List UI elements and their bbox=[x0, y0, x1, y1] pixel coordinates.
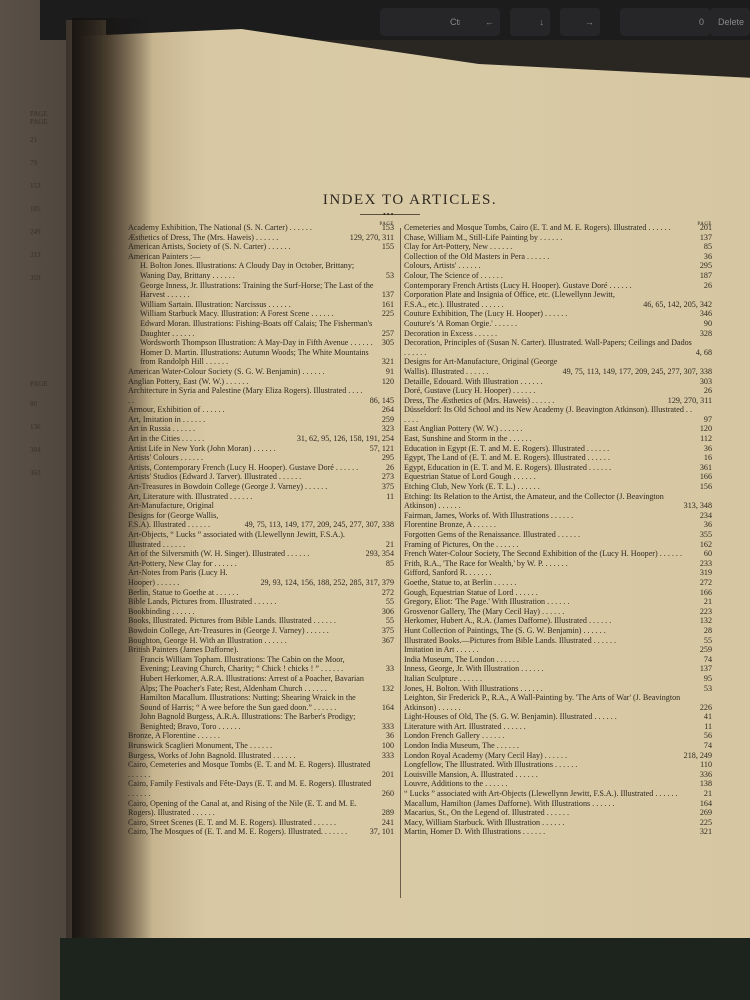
index-entry: Dress, The Æsthetics of (Mrs. Haweis) . … bbox=[404, 396, 712, 406]
entry-title: Hubert Herkomer, A.R.A. Illustrations: A… bbox=[128, 674, 374, 693]
entry-page-numbers: 21 bbox=[374, 540, 394, 550]
entry-page-numbers: 11 bbox=[692, 722, 712, 732]
index-entry: Frith, R.A., 'The Race for Wealth,' by W… bbox=[404, 559, 712, 569]
left-page-margin-numbers: PAGE PAGE2179153185249313359PAGE80136304… bbox=[0, 0, 60, 1000]
entry-title: American Artists, Society of (S. N. Cart… bbox=[128, 242, 374, 252]
entry-page-numbers: 36 bbox=[692, 252, 712, 262]
index-column-left: PAGE Academy Exhibition, The National (S… bbox=[128, 220, 394, 837]
entry-page-numbers: 289 bbox=[374, 808, 394, 818]
index-entry: Forgotten Gems of the Renaissance. Illus… bbox=[404, 530, 712, 540]
entry-title: Forgotten Gems of the Renaissance. Illus… bbox=[404, 530, 692, 540]
margin-page-number: 79 bbox=[30, 159, 37, 167]
entry-page-numbers: 41 bbox=[692, 712, 712, 722]
keyboard-key: ↓ bbox=[510, 8, 550, 36]
index-entry: Inness, George, Jr. With Illustration . … bbox=[404, 664, 712, 674]
index-entry: East Anglian Pottery (W. W.) . . . . . .… bbox=[404, 424, 712, 434]
entry-title: Etching: Its Relation to the Artist, the… bbox=[404, 492, 680, 511]
margin-page-number: 185 bbox=[30, 205, 41, 213]
index-entry: Artist Life in New York (John Moran) . .… bbox=[128, 444, 394, 454]
keyboard-key: 0 bbox=[620, 8, 710, 36]
entry-page-numbers: 91 bbox=[374, 367, 394, 377]
entry-title: Longfellow, The Illustrated. With Illust… bbox=[404, 760, 692, 770]
entry-title: British Painters (James Dafforne). bbox=[128, 645, 374, 655]
entry-title: John Bagnold Burgess, A.R.A. Illustratio… bbox=[128, 712, 374, 731]
entry-title: Illustrated Books.—Pictures from Bible L… bbox=[404, 636, 692, 646]
entry-title: Books, Illustrated. Pictures from Bible … bbox=[128, 616, 374, 626]
index-entry: American Painters :— bbox=[128, 252, 394, 262]
entry-page-numbers: 272 bbox=[692, 578, 712, 588]
entry-page-numbers: 36 bbox=[374, 731, 394, 741]
entry-title: Artists' Studios (Edward J. Tarver). Ill… bbox=[128, 472, 374, 482]
index-entry: Macy, William Starbuck. With Illustratio… bbox=[404, 818, 712, 828]
entry-title: Education in Egypt (E. T. and M. E. Roge… bbox=[404, 444, 692, 454]
entry-page-numbers: 218, 249 bbox=[680, 751, 712, 761]
entry-page-numbers: 166 bbox=[692, 472, 712, 482]
entry-title: Leighton, Sir Frederick P., R.A., A Wall… bbox=[404, 693, 692, 712]
entry-title: London French Gallery . . . . . . bbox=[404, 731, 692, 741]
index-entry: Florentine Bronze, A . . . . . .36 bbox=[404, 520, 712, 530]
entry-page-numbers: 31, 62, 95, 126, 158, 191, 254 bbox=[293, 434, 394, 444]
index-entry: “ Lucks ” associated with Art-Objects (L… bbox=[404, 789, 712, 799]
title-ornament: ••• bbox=[383, 210, 394, 219]
entry-title: Armour, Exhibition of . . . . . . bbox=[128, 405, 374, 415]
index-entry: American Water-Colour Society (S. G. W. … bbox=[128, 367, 394, 377]
entry-title: American Painters :— bbox=[128, 252, 374, 262]
entry-page-numbers: 120 bbox=[692, 424, 712, 434]
entry-page-numbers: 273 bbox=[374, 472, 394, 482]
index-entry: Bookbinding . . . . . .306 bbox=[128, 607, 394, 617]
index-entry: Æsthetics of Dress, The (Mrs. Haweis) . … bbox=[128, 233, 394, 243]
entry-title: Homer D. Martin. Illustrations: Autumn W… bbox=[128, 348, 374, 367]
keyboard-key: Delete bbox=[710, 8, 750, 36]
entry-title: “ Lucks ” associated with Art-Objects (L… bbox=[404, 789, 692, 799]
entry-title: Cairo, Street Scenes (E. T. and M. E. Ro… bbox=[128, 818, 374, 828]
margin-page-number: 249 bbox=[30, 228, 41, 236]
margin-page-number: PAGE PAGE bbox=[30, 110, 60, 126]
index-entry: Couture Exhibition, The (Lucy H. Hooper)… bbox=[404, 309, 712, 319]
entry-page-numbers: 28 bbox=[692, 626, 712, 636]
entry-page-numbers: 132 bbox=[374, 684, 394, 694]
entry-page-numbers: 97 bbox=[692, 415, 712, 425]
entry-page-numbers: 137 bbox=[692, 233, 712, 243]
entry-page-numbers: 33 bbox=[374, 664, 394, 674]
entry-page-numbers: 333 bbox=[374, 751, 394, 761]
entry-title: Egypt, The Land of (E. T. and M. E. Roge… bbox=[404, 453, 692, 463]
index-entry: Wordsworth Thompson Illustration: A May-… bbox=[128, 338, 394, 348]
entry-page-numbers: 120 bbox=[374, 377, 394, 387]
index-entry: Düsseldorf: Its Old School and its New A… bbox=[404, 405, 712, 424]
entry-page-numbers: 60 bbox=[692, 549, 712, 559]
index-entry: Francis William Topham. Illustrations: T… bbox=[128, 655, 394, 674]
entry-page-numbers: 26 bbox=[374, 463, 394, 473]
entry-title: Couture's 'A Roman Orgie.' . . . . . . bbox=[404, 319, 692, 329]
entry-title: Decoration in Excess . . . . . . bbox=[404, 329, 692, 339]
entry-title: East Anglian Pottery (W. W.) . . . . . . bbox=[404, 424, 692, 434]
entry-title: Gough, Equestrian Statue of Lord . . . .… bbox=[404, 588, 692, 598]
entry-title: Contemporary French Artists (Lucy H. Hoo… bbox=[404, 281, 692, 291]
keyboard-key: → bbox=[560, 8, 600, 36]
index-entry: Etching Club, New York (E. T. L.) . . . … bbox=[404, 482, 712, 492]
entry-title: Brunswick Scaglieri Monument, The . . . … bbox=[128, 741, 374, 751]
index-entry: Etching: Its Relation to the Artist, the… bbox=[404, 492, 712, 511]
entry-title: Chase, William M., Still-Life Painting b… bbox=[404, 233, 692, 243]
entry-page-numbers: 272 bbox=[374, 588, 394, 598]
index-entry: Architecture in Syria and Palestine (Mar… bbox=[128, 386, 394, 405]
index-entry: Bronze, A Florentine . . . . . .36 bbox=[128, 731, 394, 741]
entry-title: Cemeteries and Mosque Tombs, Cairo (E. T… bbox=[404, 223, 692, 233]
index-entry: Louvre, Additions to the . . . . . .138 bbox=[404, 779, 712, 789]
index-entry: Artists' Colours . . . . . .295 bbox=[128, 453, 394, 463]
entry-title: Art in the Cities . . . . . . bbox=[128, 434, 293, 444]
entry-page-numbers: 201 bbox=[692, 223, 712, 233]
entry-title: Light-Houses of Old, The (S. G. W. Benja… bbox=[404, 712, 692, 722]
index-entry: Light-Houses of Old, The (S. G. W. Benja… bbox=[404, 712, 712, 722]
entry-title: Berlin, Statue to Goethe at . . . . . . bbox=[128, 588, 374, 598]
entry-page-numbers: 321 bbox=[374, 357, 394, 367]
entry-page-numbers: 49, 75, 113, 149, 177, 209, 245, 277, 30… bbox=[559, 367, 712, 377]
index-entry: Gregory, Eliot: 'The Page.' With Illustr… bbox=[404, 597, 712, 607]
entry-page-numbers: 36 bbox=[692, 444, 712, 454]
entry-page-numbers: 55 bbox=[374, 616, 394, 626]
left-facing-page: PAGE PAGE2179153185249313359PAGE80136304… bbox=[0, 0, 70, 1000]
index-entry: Art, Literature with. Illustrated . . . … bbox=[128, 492, 394, 502]
margin-page-number: 136 bbox=[30, 423, 41, 431]
index-entry: British Painters (James Dafforne). bbox=[128, 645, 394, 655]
margin-page-number: 304 bbox=[30, 446, 41, 454]
entry-page-numbers: 346 bbox=[692, 309, 712, 319]
entry-title: Frith, R.A., 'The Race for Wealth,' by W… bbox=[404, 559, 692, 569]
entry-title: Artist Life in New York (John Moran) . .… bbox=[128, 444, 366, 454]
entry-title: Francis William Topham. Illustrations: T… bbox=[128, 655, 374, 674]
index-entry: French Water-Colour Society, The Second … bbox=[404, 549, 712, 559]
index-entry: Armour, Exhibition of . . . . . .264 bbox=[128, 405, 394, 415]
index-entry: Anglian Pottery, East (W. W.) . . . . . … bbox=[128, 377, 394, 387]
entry-title: Cairo, Cemeteries and Mosque Tombs (E. T… bbox=[128, 760, 374, 779]
entry-page-numbers: 187 bbox=[692, 271, 712, 281]
entry-page-numbers: 319 bbox=[692, 568, 712, 578]
entry-title: Art-Objects, “ Lucks ” associated with (… bbox=[128, 530, 374, 549]
entry-title: Colours, Artists' . . . . . . bbox=[404, 261, 692, 271]
entry-title: Art-Manufacture, Original Designs for (G… bbox=[128, 501, 241, 530]
entry-title: Designs for Art-Manufacture, Original (G… bbox=[404, 357, 559, 376]
index-entry: Brunswick Scaglieri Monument, The . . . … bbox=[128, 741, 394, 751]
entry-page-numbers: 36 bbox=[692, 520, 712, 530]
entry-page-numbers: 225 bbox=[692, 818, 712, 828]
entry-page-numbers: 100 bbox=[374, 741, 394, 751]
index-entry: William Sartain. Illustration: Narcissus… bbox=[128, 300, 394, 310]
entry-page-numbers: 11 bbox=[374, 492, 394, 502]
index-entry: Artists, Contemporary French (Lucy H. Ho… bbox=[128, 463, 394, 473]
entry-page-numbers: 313, 348 bbox=[680, 501, 712, 511]
entry-page-numbers: 375 bbox=[374, 626, 394, 636]
entry-title: Boughton, George H. With an Illustration… bbox=[128, 636, 374, 646]
index-column-right: PAGE Cemeteries and Mosque Tombs, Cairo … bbox=[404, 220, 712, 837]
entry-page-numbers: 161 bbox=[374, 300, 394, 310]
margin-page-number: 359 bbox=[30, 274, 41, 282]
entry-title: Italian Sculpture . . . . . . bbox=[404, 674, 692, 684]
index-entry: Academy Exhibition, The National (S. N. … bbox=[128, 223, 394, 233]
entry-title: Equestrian Statue of Lord Gough . . . . … bbox=[404, 472, 692, 482]
entry-page-numbers: 223 bbox=[692, 607, 712, 617]
entry-page-numbers: 257 bbox=[374, 329, 394, 339]
index-entry: London India Museum, The . . . . . .74 bbox=[404, 741, 712, 751]
index-entry: Framing of Pictures, On the . . . . . .1… bbox=[404, 540, 712, 550]
entry-page-numbers: 155 bbox=[374, 242, 394, 252]
keyboard-key: Ctrl bbox=[380, 8, 470, 36]
entry-title: Dress, The Æsthetics of (Mrs. Haweis) . … bbox=[404, 396, 664, 406]
entry-page-numbers: 37, 101 bbox=[366, 827, 394, 837]
entry-page-numbers: 321 bbox=[692, 827, 712, 837]
entry-page-numbers: 367 bbox=[374, 636, 394, 646]
entry-page-numbers: 74 bbox=[692, 655, 712, 665]
entry-page-numbers: 328 bbox=[692, 329, 712, 339]
entry-title: Cairo, The Mosques of (E. T. and M. E. R… bbox=[128, 827, 366, 837]
entry-page-numbers: 138 bbox=[692, 779, 712, 789]
entry-title: Martin, Homer D. With Illustrations . . … bbox=[404, 827, 692, 837]
index-entry: Decoration, Principles of (Susan N. Cart… bbox=[404, 338, 712, 357]
entry-page-numbers: 241 bbox=[374, 818, 394, 828]
index-entry: Longfellow, The Illustrated. With Illust… bbox=[404, 760, 712, 770]
entry-title: Jones, H. Bolton. With Illustrations . .… bbox=[404, 684, 692, 694]
entry-page-numbers: 4, 68 bbox=[692, 348, 712, 358]
entry-page-numbers: 129, 270, 311 bbox=[664, 396, 712, 406]
index-entry: Chase, William M., Still-Life Painting b… bbox=[404, 233, 712, 243]
entry-page-numbers: 110 bbox=[692, 760, 712, 770]
entry-page-numbers: 260 bbox=[374, 789, 394, 799]
dark-surface-below-book bbox=[60, 938, 750, 1000]
index-entry: Berlin, Statue to Goethe at . . . . . .2… bbox=[128, 588, 394, 598]
entry-page-numbers: 323 bbox=[374, 424, 394, 434]
entry-title: Gregory, Eliot: 'The Page.' With Illustr… bbox=[404, 597, 692, 607]
index-entry: Hunt Collection of Paintings, The (S. G.… bbox=[404, 626, 712, 636]
entry-page-numbers: 57, 121 bbox=[366, 444, 394, 454]
index-entry: Boughton, George H. With an Illustration… bbox=[128, 636, 394, 646]
entry-title: Cairo, Family Festivals and Fête-Days (E… bbox=[128, 779, 374, 798]
entry-page-numbers: 29, 93, 124, 156, 188, 252, 285, 317, 37… bbox=[256, 578, 394, 588]
index-entry: Bowdoin College, Art-Treasures in (Georg… bbox=[128, 626, 394, 636]
entry-title: India Museum, The London . . . . . . bbox=[404, 655, 692, 665]
entry-page-numbers: 269 bbox=[692, 808, 712, 818]
entry-title: Art in Russia . . . . . . bbox=[128, 424, 374, 434]
entry-page-numbers: 305 bbox=[374, 338, 394, 348]
entry-title: Macy, William Starbuck. With Illustratio… bbox=[404, 818, 692, 828]
entry-title: Art, Imitation in . . . . . . bbox=[128, 415, 374, 425]
index-entry: Hamilton Macallum. Illustrations: Nuttin… bbox=[128, 693, 394, 712]
index-entry: Designs for Art-Manufacture, Original (G… bbox=[404, 357, 712, 376]
index-entry: Homer D. Martin. Illustrations: Autumn W… bbox=[128, 348, 394, 367]
entry-page-numbers: 226 bbox=[692, 703, 712, 713]
entry-page-numbers: 336 bbox=[692, 770, 712, 780]
entry-page-numbers: 295 bbox=[692, 261, 712, 271]
index-entry: American Artists, Society of (S. N. Cart… bbox=[128, 242, 394, 252]
index-entry: Decoration in Excess . . . . . .328 bbox=[404, 329, 712, 339]
index-entry: Education in Egypt (E. T. and M. E. Roge… bbox=[404, 444, 712, 454]
index-entry: Hubert Herkomer, A.R.A. Illustrations: A… bbox=[128, 674, 394, 693]
index-entry: Art of the Silversmith (W. H. Singer). I… bbox=[128, 549, 394, 559]
entry-page-numbers: 264 bbox=[374, 405, 394, 415]
column-divider bbox=[400, 228, 401, 898]
entry-page-numbers: 53 bbox=[374, 271, 394, 281]
entry-page-numbers: 355 bbox=[692, 530, 712, 540]
index-entry: Cemeteries and Mosque Tombs, Cairo (E. T… bbox=[404, 223, 712, 233]
entry-title: Düsseldorf: Its Old School and its New A… bbox=[404, 405, 692, 424]
index-entry: Macarius, St., On the Legend of. Illustr… bbox=[404, 808, 712, 818]
entry-title: Herkomer, Hubert A., R.A. (James Dafforn… bbox=[404, 616, 692, 626]
entry-title: Bronze, A Florentine . . . . . . bbox=[128, 731, 374, 741]
index-entry: Gough, Equestrian Statue of Lord . . . .… bbox=[404, 588, 712, 598]
index-entry: William Starbuck Macy. Illustration: A F… bbox=[128, 309, 394, 319]
entry-page-numbers: 26 bbox=[692, 386, 712, 396]
entry-page-numbers: 225 bbox=[374, 309, 394, 319]
index-entry: Jones, H. Bolton. With Illustrations . .… bbox=[404, 684, 712, 694]
entry-page-numbers: 361 bbox=[692, 463, 712, 473]
entry-title: Detaille, Edouard. With Illustration . .… bbox=[404, 377, 692, 387]
entry-page-numbers: 233 bbox=[692, 559, 712, 569]
index-entry: Clay for Art-Pottery, New . . . . . .85 bbox=[404, 242, 712, 252]
index-entry: Egypt, Education in (E. T. and M. E. Rog… bbox=[404, 463, 712, 473]
entry-page-numbers: 375 bbox=[374, 482, 394, 492]
entry-title: Macarius, St., On the Legend of. Illustr… bbox=[404, 808, 692, 818]
index-entry: Herkomer, Hubert A., R.A. (James Dafforn… bbox=[404, 616, 712, 626]
entry-title: Bookbinding . . . . . . bbox=[128, 607, 374, 617]
index-entry: Contemporary French Artists (Lucy H. Hoo… bbox=[404, 281, 712, 291]
keyboard-key: ← bbox=[460, 8, 500, 36]
index-entry: Cairo, Family Festivals and Fête-Days (E… bbox=[128, 779, 394, 798]
index-entry: London French Gallery . . . . . .56 bbox=[404, 731, 712, 741]
margin-page-number: 153 bbox=[30, 182, 41, 190]
index-entry: Art, Imitation in . . . . . .259 bbox=[128, 415, 394, 425]
entry-page-numbers: 74 bbox=[692, 741, 712, 751]
entry-title: Art-Notes from Paris (Lucy H. Hooper) . … bbox=[128, 568, 256, 587]
entry-title: Florentine Bronze, A . . . . . . bbox=[404, 520, 692, 530]
entry-page-numbers: 234 bbox=[692, 511, 712, 521]
index-entry: London Royal Academy (Mary Cecil Hay) . … bbox=[404, 751, 712, 761]
entry-title: Hunt Collection of Paintings, The (S. G.… bbox=[404, 626, 692, 636]
entry-title: Wordsworth Thompson Illustration: A May-… bbox=[128, 338, 374, 348]
index-entry: Grosvenor Gallery, The (Mary Cecil Hay) … bbox=[404, 607, 712, 617]
index-entry: Burgess, Works of John Bagnold. Illustra… bbox=[128, 751, 394, 761]
entry-title: Doré, Gustave (Lucy H. Hooper) . . . . .… bbox=[404, 386, 692, 396]
entry-page-numbers: 53 bbox=[692, 684, 712, 694]
index-entry: Cairo, Opening of the Canal at, and Risi… bbox=[128, 799, 394, 818]
margin-page-number: 80 bbox=[30, 400, 37, 408]
index-entry: Collection of the Old Masters in Pera . … bbox=[404, 252, 712, 262]
index-entry: Cairo, Street Scenes (E. T. and M. E. Ro… bbox=[128, 818, 394, 828]
entry-title: Collection of the Old Masters in Pera . … bbox=[404, 252, 692, 262]
index-entry: Colours, Artists' . . . . . .295 bbox=[404, 261, 712, 271]
entry-page-numbers: 164 bbox=[374, 703, 394, 713]
entry-title: Burgess, Works of John Bagnold. Illustra… bbox=[128, 751, 374, 761]
margin-page-number: 313 bbox=[30, 251, 41, 259]
page-title: INDEX TO ARTICLES. bbox=[310, 192, 510, 209]
index-entry: Art-Notes from Paris (Lucy H. Hooper) . … bbox=[128, 568, 394, 587]
entry-title: George Inness, Jr. Illustrations: Traini… bbox=[128, 281, 374, 300]
entry-page-numbers: 164 bbox=[692, 799, 712, 809]
margin-page-number: 363 bbox=[30, 469, 41, 477]
index-entry: Detaille, Edouard. With Illustration . .… bbox=[404, 377, 712, 387]
entry-title: Decoration, Principles of (Susan N. Cart… bbox=[404, 338, 692, 357]
index-entry: Couture's 'A Roman Orgie.' . . . . . .90 bbox=[404, 319, 712, 329]
index-entry: Doré, Gustave (Lucy H. Hooper) . . . . .… bbox=[404, 386, 712, 396]
entry-title: Fairman, James, Works of. With Illustrat… bbox=[404, 511, 692, 521]
index-entry: Equestrian Statue of Lord Gough . . . . … bbox=[404, 472, 712, 482]
entry-title: Gifford, Sanford R. . . . . . . bbox=[404, 568, 692, 578]
entry-title: Framing of Pictures, On the . . . . . . bbox=[404, 540, 692, 550]
entry-title: East, Sunshine and Storm in the . . . . … bbox=[404, 434, 692, 444]
entry-page-numbers: 259 bbox=[692, 645, 712, 655]
entry-title: Etching Club, New York (E. T. L.) . . . … bbox=[404, 482, 692, 492]
entry-page-numbers: 303 bbox=[692, 377, 712, 387]
index-entry: Fairman, James, Works of. With Illustrat… bbox=[404, 511, 712, 521]
index-entry: George Inness, Jr. Illustrations: Traini… bbox=[128, 281, 394, 300]
index-entry: Art-Objects, “ Lucks ” associated with (… bbox=[128, 530, 394, 549]
index-entry: Colour, The Science of . . . . . .187 bbox=[404, 271, 712, 281]
entry-title: Art-Pottery, New Clay for . . . . . . bbox=[128, 559, 374, 569]
index-entry: John Bagnold Burgess, A.R.A. Illustratio… bbox=[128, 712, 394, 731]
entry-page-numbers: 26 bbox=[692, 281, 712, 291]
entry-title: Colour, The Science of . . . . . . bbox=[404, 271, 692, 281]
entry-page-numbers: 333 bbox=[374, 722, 394, 732]
index-entry: Imitation in Art . . . . . .259 bbox=[404, 645, 712, 655]
margin-page-number: 21 bbox=[30, 136, 37, 144]
entry-title: Artists' Colours . . . . . . bbox=[128, 453, 374, 463]
entry-title: Cairo, Opening of the Canal at, and Risi… bbox=[128, 799, 374, 818]
index-entry: India Museum, The London . . . . . .74 bbox=[404, 655, 712, 665]
index-entry: Cairo, Cemeteries and Mosque Tombs (E. T… bbox=[128, 760, 394, 779]
index-entry: Art-Manufacture, Original Designs for (G… bbox=[128, 501, 394, 530]
entry-title: Corporation Plate and Insignia of Office… bbox=[404, 290, 639, 309]
entry-page-numbers: 293, 354 bbox=[362, 549, 394, 559]
entry-page-numbers: 16 bbox=[692, 453, 712, 463]
entry-page-numbers: 166 bbox=[692, 588, 712, 598]
entry-title: Imitation in Art . . . . . . bbox=[404, 645, 692, 655]
entry-page-numbers: 21 bbox=[692, 597, 712, 607]
entry-page-numbers: 129, 270, 311 bbox=[346, 233, 394, 243]
entry-page-numbers: 95 bbox=[692, 674, 712, 684]
entry-title: Inness, George, Jr. With Illustration . … bbox=[404, 664, 692, 674]
entry-title: Macallum, Hamilton (James Dafforne). Wit… bbox=[404, 799, 692, 809]
entry-title: Bible Lands, Pictures from. Illustrated … bbox=[128, 597, 374, 607]
entry-page-numbers: 153 bbox=[374, 223, 394, 233]
entry-title: Hamilton Macallum. Illustrations: Nuttin… bbox=[128, 693, 374, 712]
index-entry: Italian Sculpture . . . . . .95 bbox=[404, 674, 712, 684]
entry-title: Goethe, Statue to, at Berlin . . . . . . bbox=[404, 578, 692, 588]
entry-title: H. Bolton Jones. Illustrations: A Cloudy… bbox=[128, 261, 374, 280]
entry-page-numbers: 85 bbox=[692, 242, 712, 252]
index-entry: Art-Treasures in Bowdoin College (George… bbox=[128, 482, 394, 492]
index-entry: Art-Pottery, New Clay for . . . . . .85 bbox=[128, 559, 394, 569]
entry-title: William Starbuck Macy. Illustration: A F… bbox=[128, 309, 374, 319]
entry-title: Æsthetics of Dress, The (Mrs. Haweis) . … bbox=[128, 233, 346, 243]
entry-title: London Royal Academy (Mary Cecil Hay) . … bbox=[404, 751, 680, 761]
entry-page-numbers: 46, 65, 142, 205, 342 bbox=[639, 300, 712, 310]
index-entry: Literature with Art. Illustrated . . . .… bbox=[404, 722, 712, 732]
index-entry: Martin, Homer D. With Illustrations . . … bbox=[404, 827, 712, 837]
index-entry: Corporation Plate and Insignia of Office… bbox=[404, 290, 712, 309]
entry-page-numbers: 137 bbox=[692, 664, 712, 674]
entry-title: Bowdoin College, Art-Treasures in (Georg… bbox=[128, 626, 374, 636]
entry-title: William Sartain. Illustration: Narcissus… bbox=[128, 300, 374, 310]
entry-title: Architecture in Syria and Palestine (Mar… bbox=[128, 386, 366, 405]
entry-title: Louisville Mansion, A. Illustrated . . .… bbox=[404, 770, 692, 780]
entry-title: Edward Moran. Illustrations: Fishing-Boa… bbox=[128, 319, 374, 338]
entry-title: Artists, Contemporary French (Lucy H. Ho… bbox=[128, 463, 374, 473]
entry-page-numbers: 259 bbox=[374, 415, 394, 425]
entry-page-numbers: 295 bbox=[374, 453, 394, 463]
entry-title: French Water-Colour Society, The Second … bbox=[404, 549, 692, 559]
index-entry: Macallum, Hamilton (James Dafforne). Wit… bbox=[404, 799, 712, 809]
entry-title: London India Museum, The . . . . . . bbox=[404, 741, 692, 751]
